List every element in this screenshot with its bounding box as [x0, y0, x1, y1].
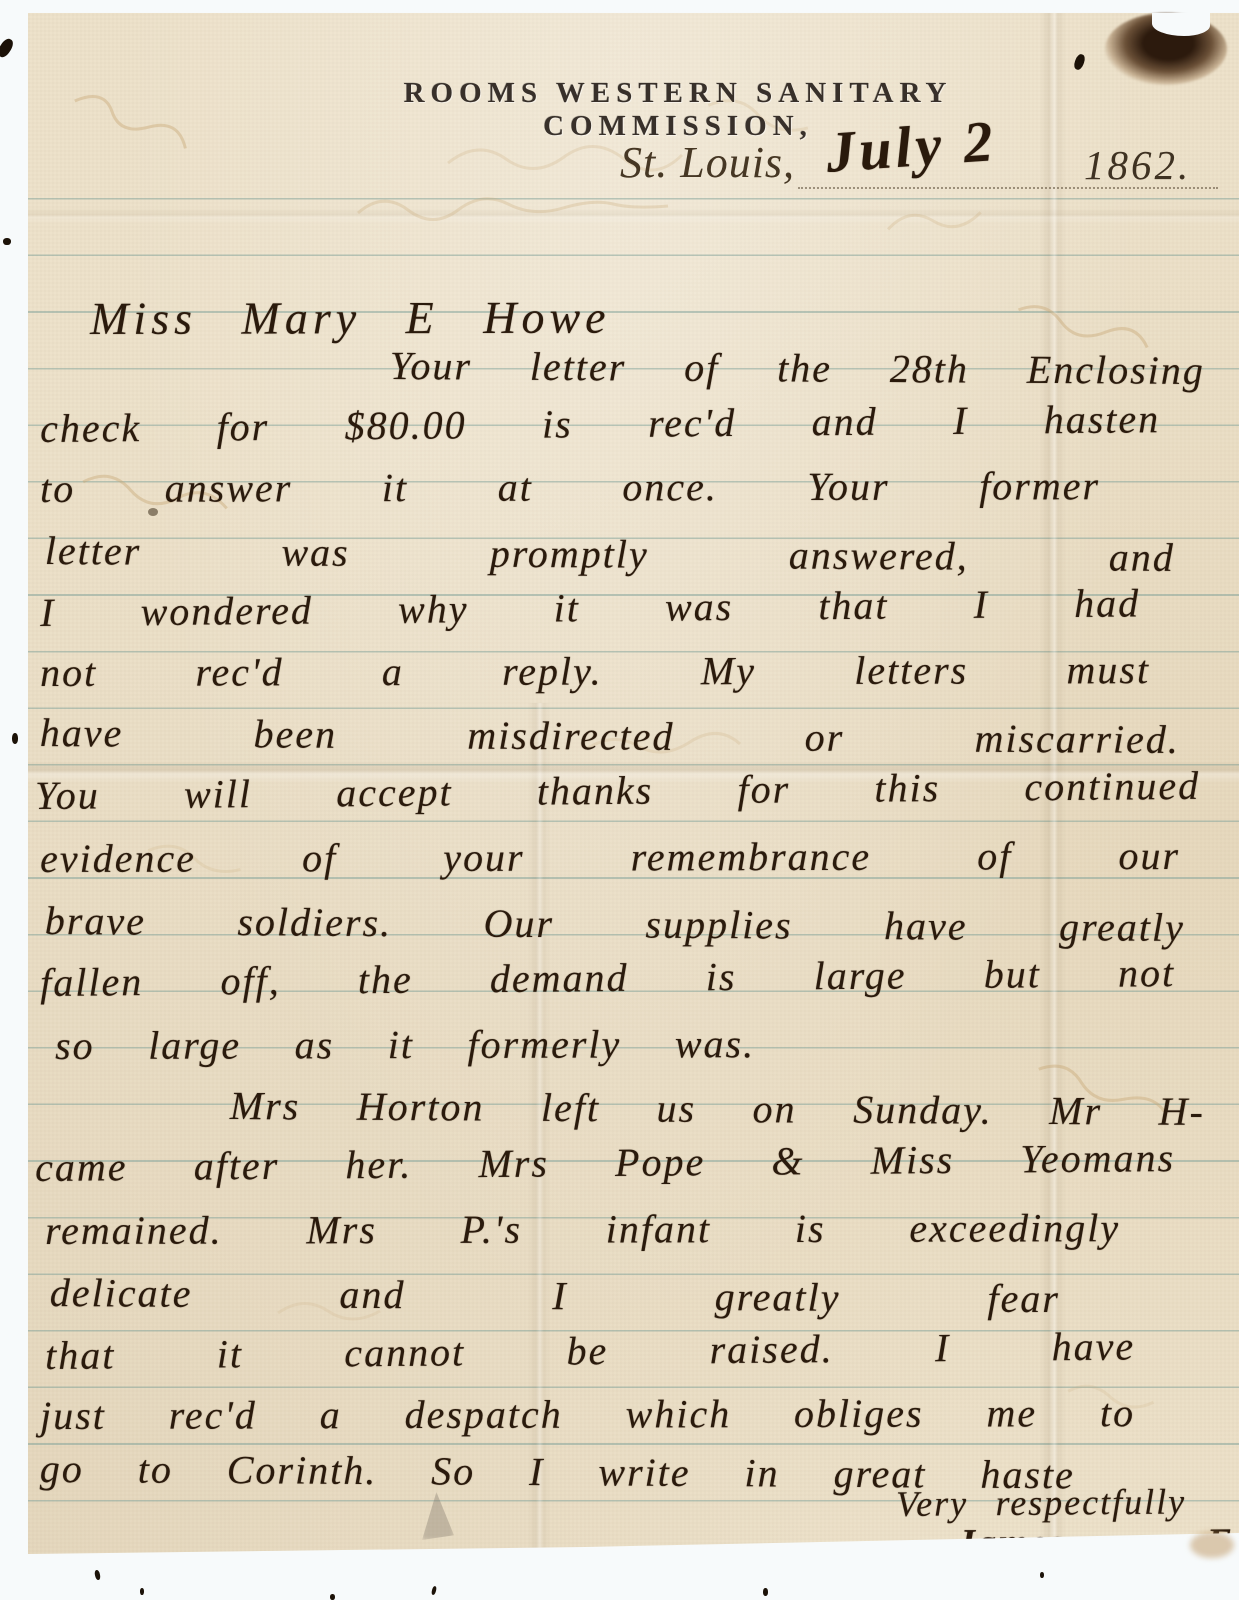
edge-ink-mark — [3, 238, 11, 245]
letterhead-year: 1862. — [1084, 141, 1191, 189]
body-line: fallen off, the demand is large but not — [40, 952, 1175, 1004]
body-line: I wondered why it was that I had — [40, 582, 1140, 634]
ink-speck — [431, 1586, 437, 1596]
letterhead-place: St. Louis, — [620, 137, 795, 188]
ink-speck — [330, 1594, 335, 1600]
fold-crease-horizontal-top — [28, 208, 1239, 224]
body-line: have been misdirected or miscarried. — [40, 712, 1180, 761]
body-line: that it cannot be raised. I have — [45, 1325, 1135, 1377]
body-line: Mrs Horton left us on Sunday. Mr H- — [230, 1085, 1205, 1133]
body-line: letter was promptly answered, and — [45, 530, 1175, 579]
edge-ink-mark — [0, 37, 15, 60]
body-line: Your letter of the 28th Enclosing — [390, 345, 1205, 392]
handwritten-date: July 2 — [824, 107, 999, 186]
body-line: came after her. Mrs Pope & Miss Yeomans — [35, 1137, 1175, 1189]
body-line: You will accept thanks for this continue… — [35, 765, 1200, 817]
body-line: delicate and I greatly fear — [50, 1272, 1060, 1320]
ink-speck — [94, 1570, 101, 1581]
body-line: so large as it formerly was. — [55, 1023, 755, 1067]
ink-speck — [763, 1588, 768, 1596]
body-line: just rec'd a despatch which obliges me t… — [40, 1392, 1135, 1437]
ink-speck — [1040, 1572, 1044, 1578]
tan-stain — [1190, 1532, 1234, 1558]
closing: Very respectfully — [896, 1483, 1186, 1523]
ink-speck — [140, 1588, 144, 1595]
salutation: Miss Mary E Howe — [90, 294, 611, 344]
signature: James E Yeatman — [956, 1523, 1234, 1600]
edge-ink-mark — [12, 733, 18, 744]
body-line: remained. Mrs P.'s infant is exceedingly — [45, 1207, 1120, 1252]
body-line: to answer it at once. Your former — [40, 465, 1100, 510]
body-line: not rec'd a reply. My letters must — [40, 649, 1150, 694]
body-line: brave soldiers. Our supplies have greatl… — [45, 900, 1185, 949]
body-line: evidence of your remembrance of our — [40, 835, 1180, 880]
body-line: check for $80.00 is rec'd and I hasten — [40, 398, 1160, 450]
letter-paper: ROOMS WESTERN SANITARY COMMISSION, St. L… — [28, 13, 1239, 1556]
